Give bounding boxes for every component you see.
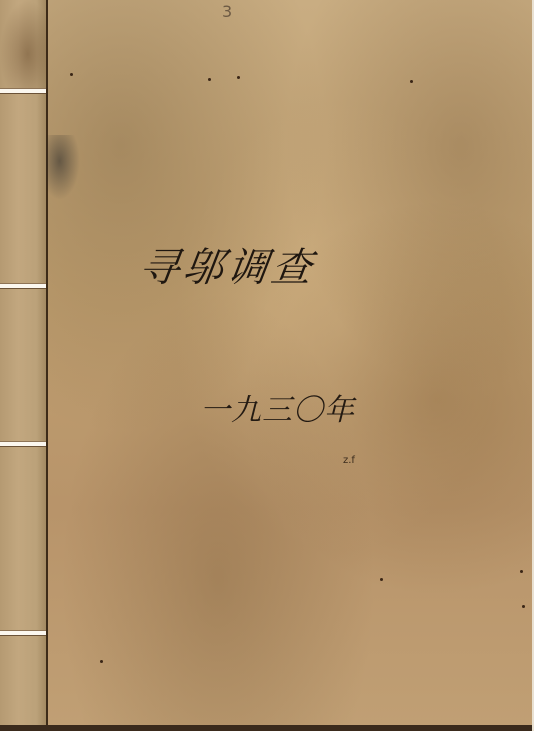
binding-thread bbox=[0, 88, 48, 94]
binding-thread bbox=[0, 630, 48, 636]
paper-speck bbox=[70, 73, 73, 76]
paper-speck bbox=[522, 605, 525, 608]
paper-speck bbox=[208, 78, 211, 81]
paper-speck bbox=[100, 660, 103, 663]
spine-stain bbox=[0, 0, 46, 90]
page-mark: 3 bbox=[222, 2, 232, 21]
handwritten-year: 一九三〇年 bbox=[200, 385, 355, 429]
binding-thread bbox=[0, 441, 48, 447]
book-cover-photo: 3 寻邬调查 一九三〇年 z.f bbox=[0, 0, 532, 725]
ink-stain bbox=[46, 135, 80, 200]
small-note: z.f bbox=[343, 455, 355, 466]
paper-speck bbox=[410, 80, 413, 83]
binding-thread bbox=[0, 283, 48, 289]
book-spine bbox=[0, 0, 46, 725]
paper-speck bbox=[237, 76, 240, 79]
paper-speck bbox=[520, 570, 523, 573]
cover-paper bbox=[46, 0, 534, 725]
table-edge bbox=[0, 725, 534, 731]
paper-speck bbox=[380, 578, 383, 581]
handwritten-title: 寻邬调查 bbox=[136, 236, 344, 293]
